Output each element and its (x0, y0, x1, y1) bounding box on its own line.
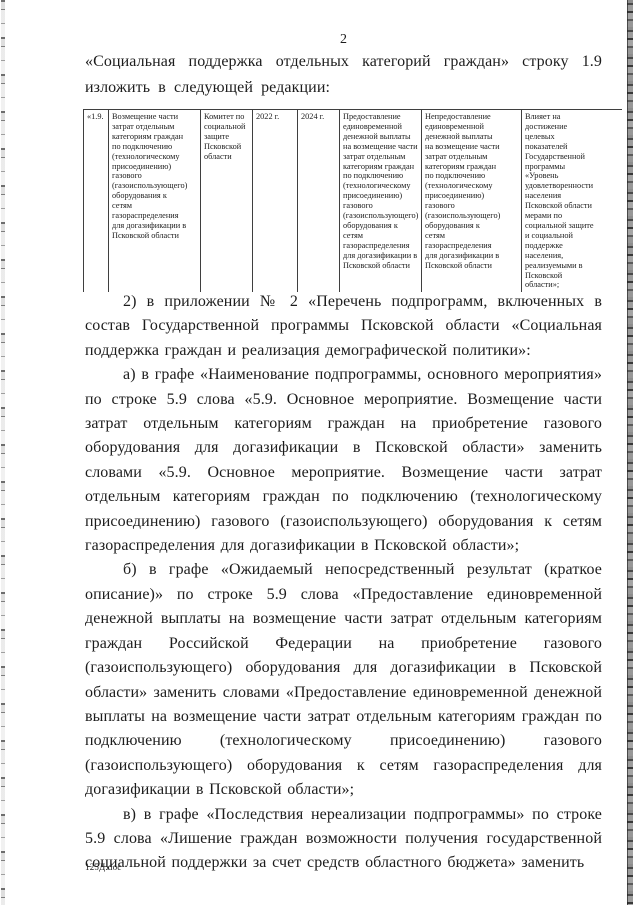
program-row-table: «1.9. Возмещение части затрат отдельным … (83, 109, 622, 292)
amendment-text-block: 2) в приложении № 2 «Перечень подпрограм… (85, 290, 602, 876)
paragraph-subitem-b: б) в графе «Ожидаемый непосредственный р… (85, 558, 602, 802)
cell-executor: Комитет по социальной защите Псковской о… (201, 110, 253, 293)
scan-edge-right-artifact (627, 0, 633, 905)
cell-impact: Влияет на достижение целевых показателей… (522, 110, 623, 293)
footer-filename: 125Д.doc (85, 862, 121, 872)
paragraph-item-2: 2) в приложении № 2 «Перечень подпрограм… (85, 290, 602, 363)
paragraph-subitem-a: а) в графе «Наименование подпрограммы, о… (85, 363, 602, 558)
paragraph-subitem-v: в) в графе «Последствия нереализации под… (85, 803, 602, 876)
cell-non-implementation-result: Непредоставление единовременной денежной… (422, 110, 522, 293)
cell-end-year: 2024 г. (298, 110, 340, 293)
cell-start-year: 2022 г. (253, 110, 298, 293)
scan-edge-left-artifact (1, 0, 5, 905)
intro-paragraph: «Социальная поддержка отдельных категори… (85, 49, 602, 101)
cell-row-number: «1.9. (84, 110, 109, 293)
cell-expected-result: Предоставление единовременной денежной в… (340, 110, 422, 293)
table-row-1-9: «1.9. Возмещение части затрат отдельным … (84, 110, 623, 293)
cell-measure-name: Возмещение части затрат отдельным катего… (109, 110, 201, 293)
page-number: 2 (85, 32, 602, 48)
